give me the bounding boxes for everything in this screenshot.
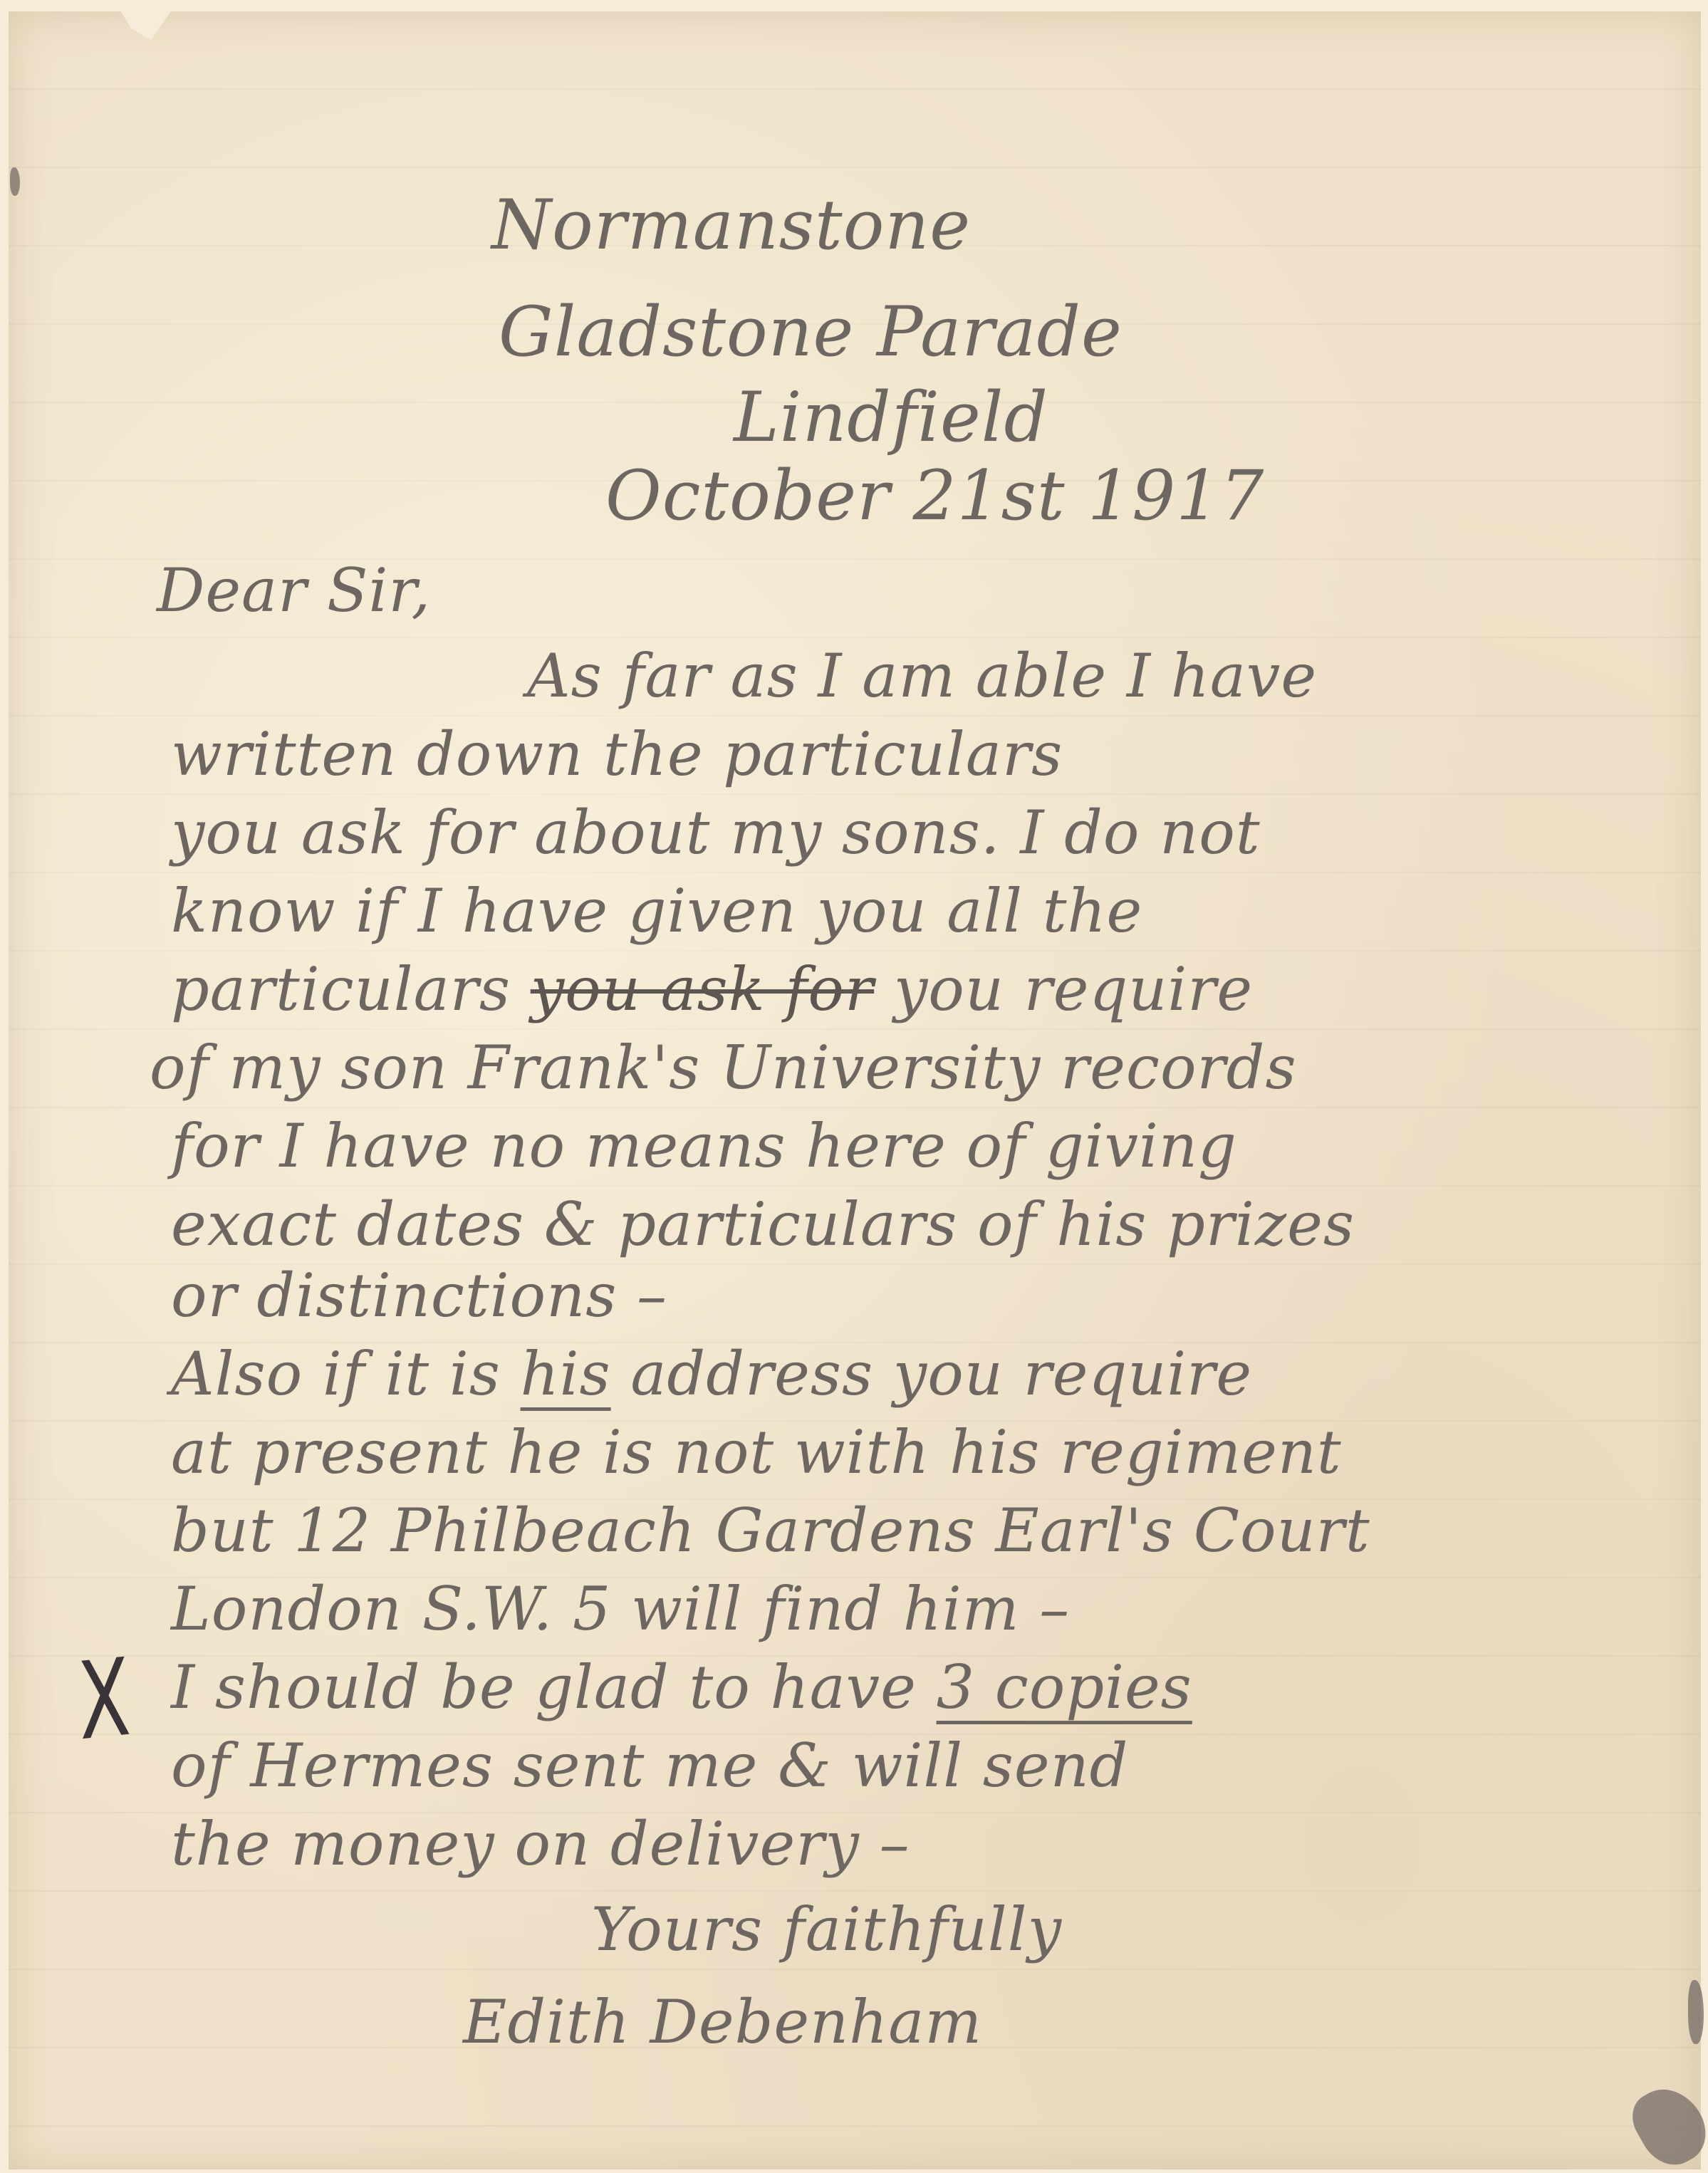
signature: Edith Debenham <box>463 1987 982 2057</box>
address-street: Gladstone Parade <box>499 292 1123 372</box>
body-line: the money on delivery – <box>171 1809 910 1879</box>
underlined-text: 3 copies <box>937 1652 1192 1722</box>
ink-mark-left-edge <box>10 167 20 196</box>
stain-right-edge <box>1688 1980 1704 2044</box>
salutation: Dear Sir, <box>157 556 431 625</box>
body-line: I should be glad to have 3 copies <box>171 1652 1192 1722</box>
body-line: Also if it is his address you require <box>171 1339 1252 1409</box>
struck-through-text: you ask for <box>531 954 874 1024</box>
body-line: or distinctions – <box>171 1261 667 1330</box>
body-line: at present he is not with his regiment <box>171 1417 1342 1487</box>
body-line: but 12 Philbeach Gardens Earl's Court <box>171 1496 1370 1565</box>
body-line: of Hermes sent me & will send <box>171 1731 1128 1801</box>
body-line: exact dates & particulars of his prizes <box>171 1189 1355 1259</box>
address-town: Lindfield <box>734 377 1048 457</box>
address-house: Normanstone <box>491 185 971 265</box>
body-line: London S.W. 5 will find him – <box>171 1574 1070 1644</box>
body-text: Also if it is <box>171 1339 501 1409</box>
body-line: of my son Frank's University records <box>150 1033 1297 1103</box>
body-text: address you require <box>630 1339 1252 1409</box>
body-line: As far as I am able I have <box>527 641 1317 711</box>
body-text: I should be glad to have <box>171 1652 917 1722</box>
body-line: particulars you ask for you require <box>171 954 1253 1024</box>
body-text: you require <box>894 954 1253 1024</box>
body-text: particulars <box>171 954 511 1024</box>
body-line: written down the particulars <box>171 719 1063 789</box>
body-line: you ask for about my sons. I do not <box>171 798 1261 867</box>
margin-x-mark: X <box>75 1636 132 1765</box>
body-line: for I have no means here of giving <box>171 1111 1237 1181</box>
closing: Yours faithfully <box>591 1895 1062 1964</box>
letter-date: October 21st 1917 <box>605 456 1264 536</box>
underlined-text: his <box>521 1339 611 1409</box>
body-line: know if I have given you all the <box>171 876 1142 946</box>
